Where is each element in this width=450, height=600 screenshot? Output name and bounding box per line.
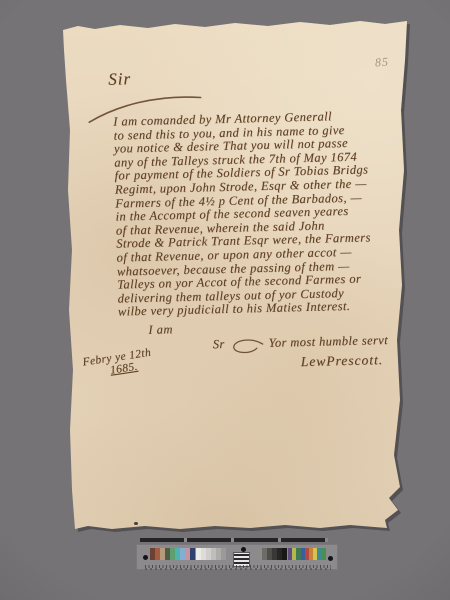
flourish-stroke-icon — [86, 81, 207, 124]
color-patch — [282, 548, 287, 560]
gray-ramp-patches — [196, 548, 226, 560]
manuscript-page: 85 Sir I am comanded by Mr Attorney Gene… — [0, 0, 450, 600]
closing-humble: Yor most humble servt — [268, 333, 388, 351]
dateline: Febry ye 12th 1685. — [82, 347, 154, 381]
color-patch — [190, 548, 195, 560]
color-patch — [322, 548, 326, 560]
calibration-top-strip — [140, 538, 328, 542]
letter-body: I am comanded by Mr Attorney Generallto … — [99, 109, 400, 320]
ruler-micro-text — [145, 568, 331, 570]
letter-text: Sir I am comanded by Mr Attorney General… — [98, 63, 401, 375]
dark-ramp-patches — [257, 548, 287, 560]
color-patches-right — [288, 548, 326, 560]
closing-sr: Sr — [213, 337, 225, 352]
color-patch — [221, 548, 226, 560]
pen-loop-icon — [231, 338, 265, 355]
registration-dot — [328, 556, 333, 561]
dust-speck — [134, 522, 138, 525]
archival-photo: 85 Sir I am comanded by Mr Attorney Gene… — [0, 0, 450, 600]
registration-dot — [143, 555, 148, 560]
color-patches-left — [150, 548, 195, 560]
color-calibration-target — [136, 544, 338, 570]
